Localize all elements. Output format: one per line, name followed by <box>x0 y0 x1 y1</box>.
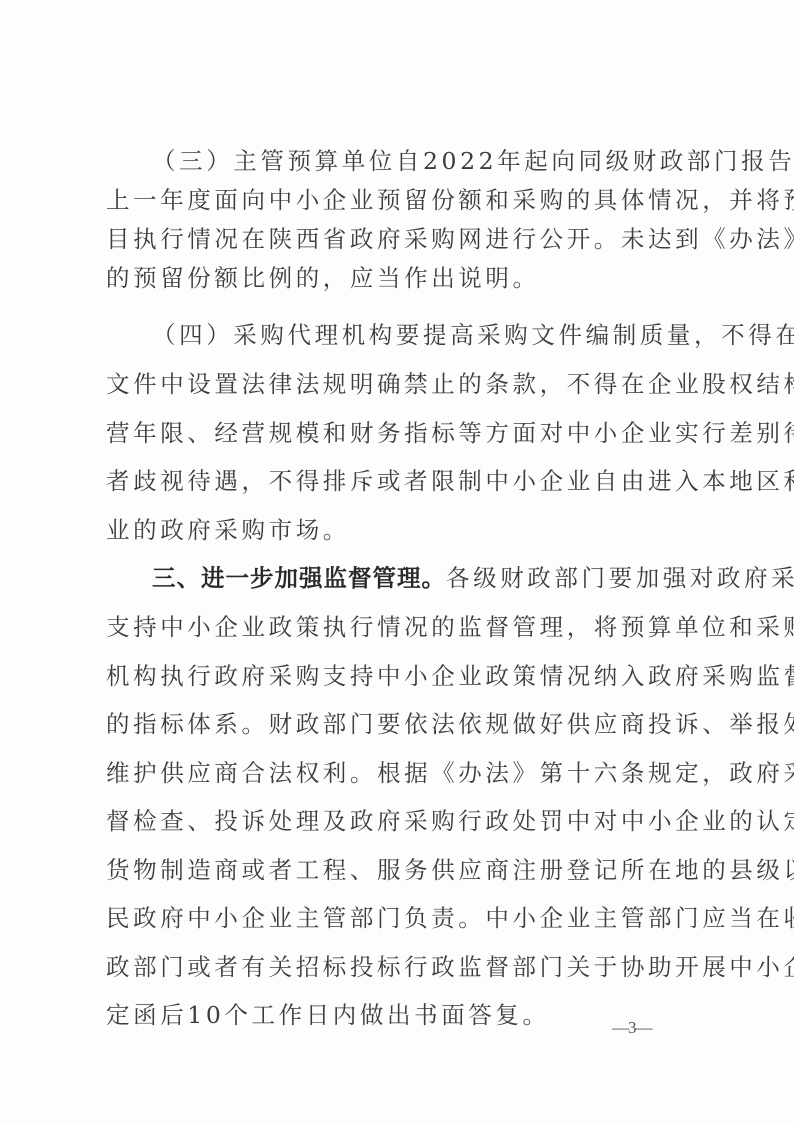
text-line: （四）采购代理机构要提高采购文件编制质量，不得在采购 <box>152 320 706 350</box>
text-line: 支持中小企业政策执行情况的监督管理，将预算单位和采购代理 <box>106 612 706 642</box>
text-line: 货物制造商或者工程、服务供应商注册登记所在地的县级以上人 <box>106 855 706 885</box>
text-line: 的预留份额比例的，应当作出说明。 <box>106 263 706 293</box>
text-line: 文件中设置法律法规明确禁止的条款，不得在企业股权结构、经 <box>106 369 706 399</box>
text-line: 上一年度面向中小企业预留份额和采购的具体情况，并将预留项 <box>106 185 706 215</box>
text-line: 者歧视待遇，不得排斥或者限制中小企业自由进入本地区和本行 <box>106 466 706 496</box>
text-line: 的指标体系。财政部门要依法依规做好供应商投诉、举报处理， <box>106 709 706 739</box>
document-page: （三）主管预算单位自2022年起向同级财政部门报告本部门 上一年度面向中小企业预… <box>0 0 794 1125</box>
page-number: —3— <box>612 1018 652 1038</box>
text-line: 营年限、经营规模和财务指标等方面对中小企业实行差别待遇或 <box>106 418 706 448</box>
text-line: 三、进一步加强监督管理。各级财政部门要加强对政府采购 <box>152 563 706 593</box>
text-line: 机构执行政府采购支持中小企业政策情况纳入政府采购监督检查 <box>106 661 706 691</box>
text-line: （三）主管预算单位自2022年起向同级财政部门报告本部门 <box>152 146 706 176</box>
text-line: 目执行情况在陕西省政府采购网进行公开。未达到《办法》规定 <box>106 224 706 254</box>
text-line: 政部门或者有关招标投标行政监督部门关于协助开展中小企业认 <box>106 952 706 982</box>
text-line: 维护供应商合法权利。根据《办法》第十六条规定，政府采购监 <box>106 758 706 788</box>
text-line: 民政府中小企业主管部门负责。中小企业主管部门应当在收到财 <box>106 903 706 933</box>
section-heading: 三、进一步加强监督管理。 <box>152 564 446 592</box>
text-line: 督检查、投诉处理及政府采购行政处罚中对中小企业的认定，由 <box>106 806 706 836</box>
text-line: 业的政府采购市场。 <box>106 515 706 545</box>
section-heading-rest: 各级财政部门要加强对政府采购 <box>446 564 794 592</box>
